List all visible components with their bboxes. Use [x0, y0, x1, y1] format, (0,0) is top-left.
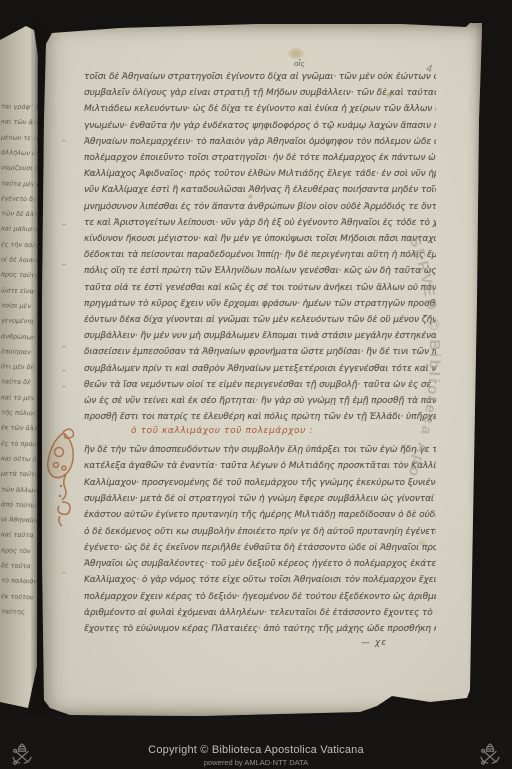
- margin-dash: –: [62, 366, 66, 375]
- manuscript-photo: ταὶ γράφ᾽ ἔλθωσικαὶ τῶν ἄλλωνμένων τε κα…: [0, 0, 512, 769]
- margin-dash: –: [62, 220, 66, 229]
- manuscript-page: 4 οἷς τοῖσι δὲ Ἀθηναίων στρατηγοῖσι ἐγίν…: [36, 20, 486, 720]
- margin-dash: –: [62, 136, 66, 145]
- margin-marks: –––––––: [36, 20, 486, 720]
- margin-dash: –: [62, 568, 66, 577]
- viewer-footer: Copyright © Biblioteca Apostolica Vatica…: [0, 716, 512, 769]
- vatican-emblem-icon: [478, 742, 502, 766]
- margin-dash: –: [62, 260, 66, 269]
- footer-copyright: Copyright © Biblioteca Apostolica Vatica…: [0, 744, 512, 756]
- margin-dash: –: [62, 382, 66, 391]
- marginal-ornament-icon: [42, 424, 78, 534]
- margin-dash: –: [62, 342, 66, 351]
- footer-powered-by: powered by AMLAD·NTT DATA: [0, 758, 512, 767]
